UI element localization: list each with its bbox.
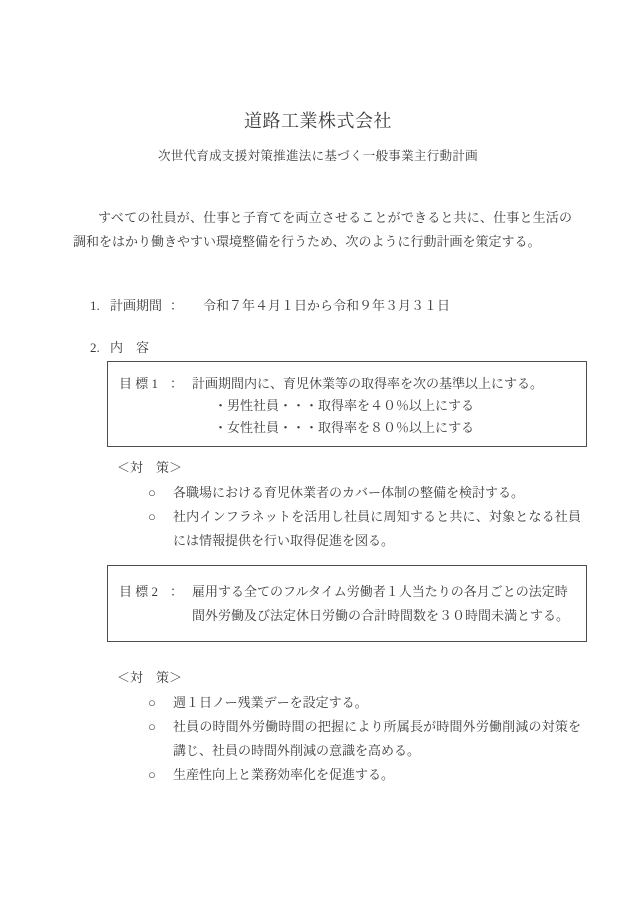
section-label: 計画期間 — [110, 297, 162, 315]
goal-2-separator: ： — [170, 580, 183, 604]
measure-item: ○ 社員の時間外労働時間の把握により所属長が時間外労働削減の対策を講じ、社員の時… — [148, 715, 587, 763]
section-separator: ： — [170, 297, 183, 315]
section-value: 令和７年４月１日から令和９年３月３１日 — [203, 297, 450, 315]
goal-1-row: 目 標 1 ： 計画期間内に、育児休業等の取得率を次の基準以上にする。 — [119, 373, 576, 395]
page-subtitle: 次世代育成支援対策推進法に基づく一般事業主行動計画 — [0, 147, 636, 166]
circle-bullet-icon: ○ — [148, 763, 173, 787]
goal-1-text: 計画期間内に、育児休業等の取得率を次の基準以上にする。 — [192, 373, 570, 395]
goal-1-subitem: ・男性社員・・・取得率を４０％以上にする — [214, 395, 576, 417]
measure-item: ○ 週１日ノー残業デーを設定する。 — [148, 691, 587, 715]
measure-text: 各職場における育児休業者のカバー体制の整備を検討する。 — [173, 481, 581, 505]
goal-1-separator: ： — [170, 373, 183, 395]
measure-text: 生産性向上と業務効率化を促進する。 — [173, 763, 581, 787]
measure-text: 社員の時間外労働時間の把握により所属長が時間外労働削減の対策を講じ、社員の時間外… — [173, 715, 581, 763]
section-plan-period: 1. 計画期間 ： 令和７年４月１日から令和９年３月３１日 — [90, 297, 450, 315]
page-title: 道路工業株式会社 — [0, 108, 636, 135]
measures-heading: ＜対 策＞ — [117, 458, 587, 478]
section-number: 1. — [90, 297, 110, 315]
section-number: 2. — [90, 339, 110, 357]
circle-bullet-icon: ○ — [148, 505, 173, 529]
intro-paragraph: すべての社員が、仕事と子育てを両立させることができると共に、仕事と生活の調和をは… — [73, 206, 572, 254]
measures-block-1: ＜対 策＞ ○ 各職場における育児休業者のカバー体制の整備を検討する。 ○ 社内… — [117, 458, 587, 553]
document-page: 道路工業株式会社 次世代育成支援対策推進法に基づく一般事業主行動計画 すべての社… — [0, 0, 636, 900]
goal-2-row: 目 標 2 ： 雇用する全てのフルタイム労働者１人当たりの各月ごとの法定時間外労… — [119, 580, 576, 628]
measure-item: ○ 生産性向上と業務効率化を促進する。 — [148, 763, 587, 787]
section-label: 内 容 — [110, 339, 149, 357]
measure-item: ○ 各職場における育児休業者のカバー体制の整備を検討する。 — [148, 481, 587, 505]
measure-text: 週１日ノー残業デーを設定する。 — [173, 691, 581, 715]
goal-box-2: 目 標 2 ： 雇用する全てのフルタイム労働者１人当たりの各月ごとの法定時間外労… — [107, 565, 587, 642]
goal-2-text: 雇用する全てのフルタイム労働者１人当たりの各月ごとの法定時間外労働及び法定休日労… — [192, 580, 570, 628]
section-content: 2. 内 容 — [90, 339, 149, 357]
measures-block-2: ＜対 策＞ ○ 週１日ノー残業デーを設定する。 ○ 社員の時間外労働時間の把握に… — [117, 668, 587, 787]
circle-bullet-icon: ○ — [148, 481, 173, 505]
goal-1-label: 目 標 1 — [119, 373, 158, 395]
measure-text: 社内インフラネットを活用し社員に周知すると共に、対象となる社員には情報提供を行い… — [173, 505, 581, 553]
circle-bullet-icon: ○ — [148, 691, 173, 715]
goal-2-label: 目 標 2 — [119, 580, 158, 604]
goal-1-subitem: ・女性社員・・・取得率を８０％以上にする — [214, 417, 576, 439]
measures-heading: ＜対 策＞ — [117, 668, 587, 688]
measure-item: ○ 社内インフラネットを活用し社員に周知すると共に、対象となる社員には情報提供を… — [148, 505, 587, 553]
goal-box-1: 目 標 1 ： 計画期間内に、育児休業等の取得率を次の基準以上にする。 ・男性社… — [107, 361, 587, 447]
circle-bullet-icon: ○ — [148, 715, 173, 739]
